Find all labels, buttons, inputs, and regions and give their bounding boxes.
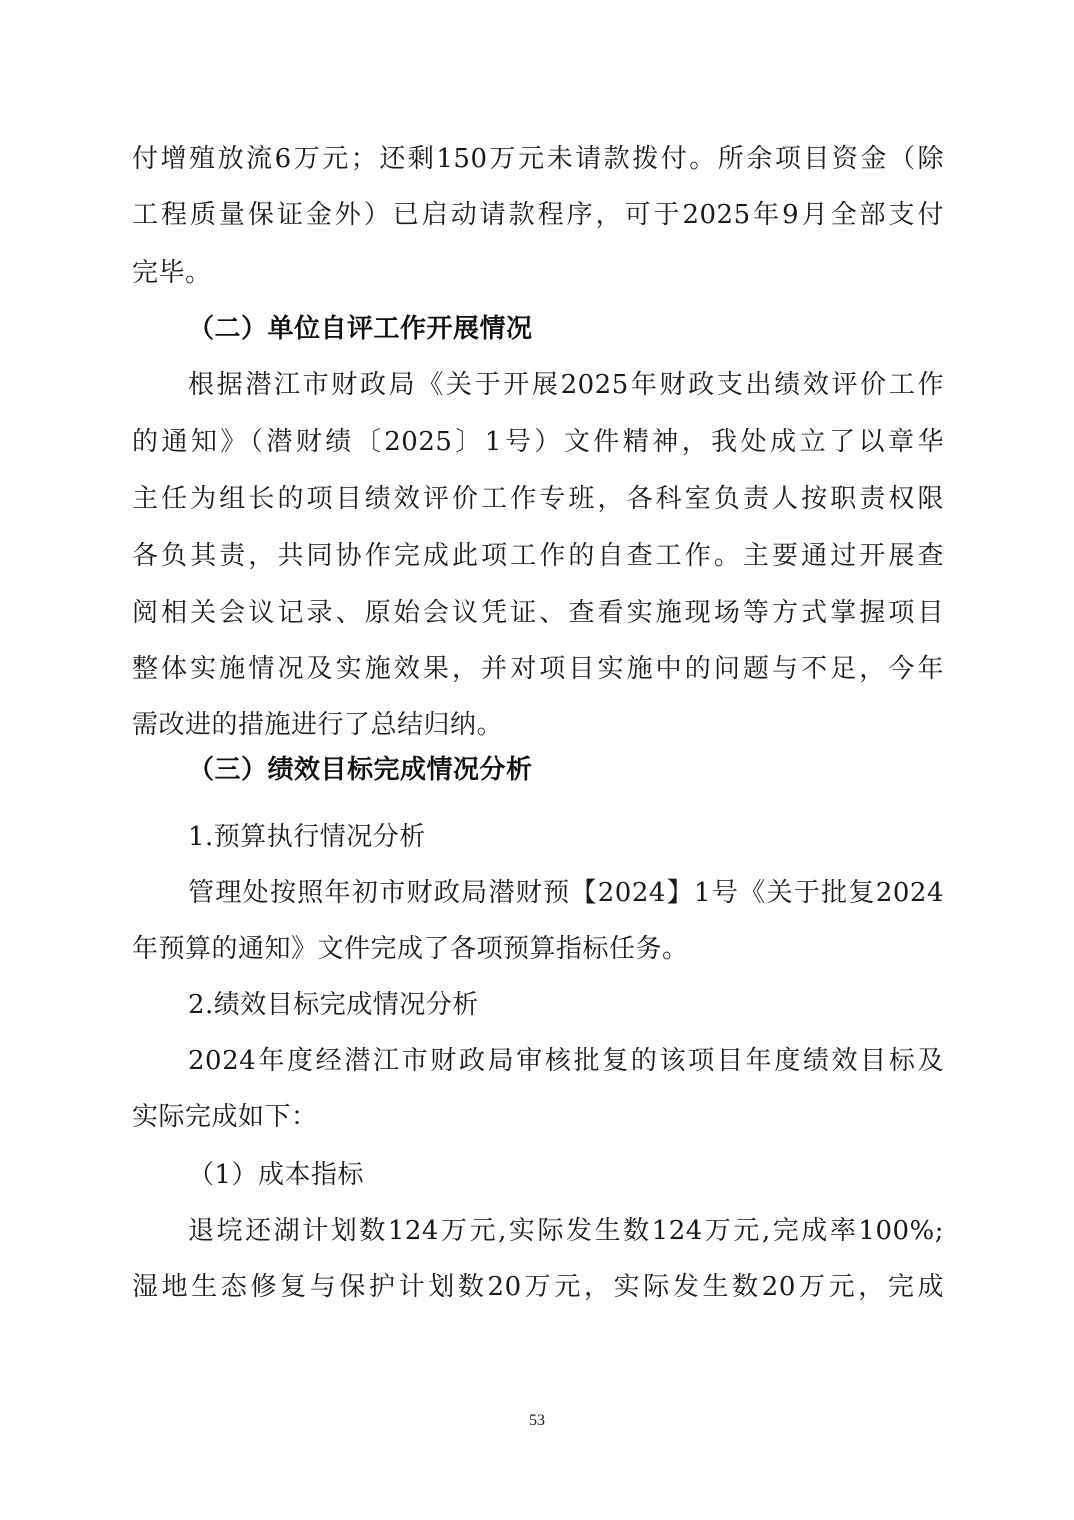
- paragraph-line: 阅相关会议记录、原始会议凭证、查看实施现场等方式掌握项目: [132, 596, 944, 630]
- paragraph-line: 需改进的措施进行了总结归纳。: [132, 708, 944, 742]
- paragraph-line: 管理处按照年初市财政局潜财预【2024】1号《关于批复2024: [188, 876, 944, 910]
- paragraph-line: 完毕。: [132, 256, 944, 290]
- section-heading-2: （二）单位自评工作开展情况: [188, 312, 944, 346]
- paragraph-line: 实际完成如下：: [132, 1100, 944, 1134]
- subsection-heading-1: 1.预算执行情况分析: [188, 820, 944, 854]
- paragraph-line: 工程质量保证金外）已启动请款程序，可于2025年9月全部支付: [132, 198, 944, 232]
- paragraph-line: 年预算的通知》文件完成了各项预算指标任务。: [132, 932, 944, 966]
- paragraph-line: 退垸还湖计划数124万元,实际发生数124万元,完成率100%;: [188, 1214, 944, 1248]
- paragraph-line: 的通知》（潜财绩〔2025〕1号）文件精神，我处成立了以章华: [132, 425, 944, 459]
- paragraph-line: 根据潜江市财政局《关于开展2025年财政支出绩效评价工作: [188, 368, 944, 402]
- paragraph-line: 湿地生态修复与保护计划数20万元，实际发生数20万元，完成: [132, 1270, 944, 1304]
- paragraph-line: 2024年度经潜江市财政局审核批复的该项目年度绩效目标及: [188, 1044, 944, 1078]
- item-heading-cost-indicator: （1）成本指标: [188, 1158, 944, 1192]
- paragraph-line: 整体实施情况及实施效果，并对项目实施中的问题与不足，今年: [132, 652, 944, 686]
- paragraph-line: 主任为组长的项目绩效评价工作专班，各科室负责人按职责权限: [132, 482, 944, 516]
- subsection-heading-2: 2.绩效目标完成情况分析: [188, 988, 944, 1022]
- paragraph-line: 付增殖放流6万元；还剩150万元未请款拨付。所余项目资金（除: [132, 142, 944, 176]
- section-heading-3: （三）绩效目标完成情况分析: [188, 753, 944, 787]
- document-page: 付增殖放流6万元；还剩150万元未请款拨付。所余项目资金（除 工程质量保证金外）…: [0, 0, 1074, 1520]
- paragraph-line: 各负其责，共同协作完成此项工作的自查工作。主要通过开展查: [132, 539, 944, 573]
- page-number: 53: [0, 1412, 1074, 1430]
